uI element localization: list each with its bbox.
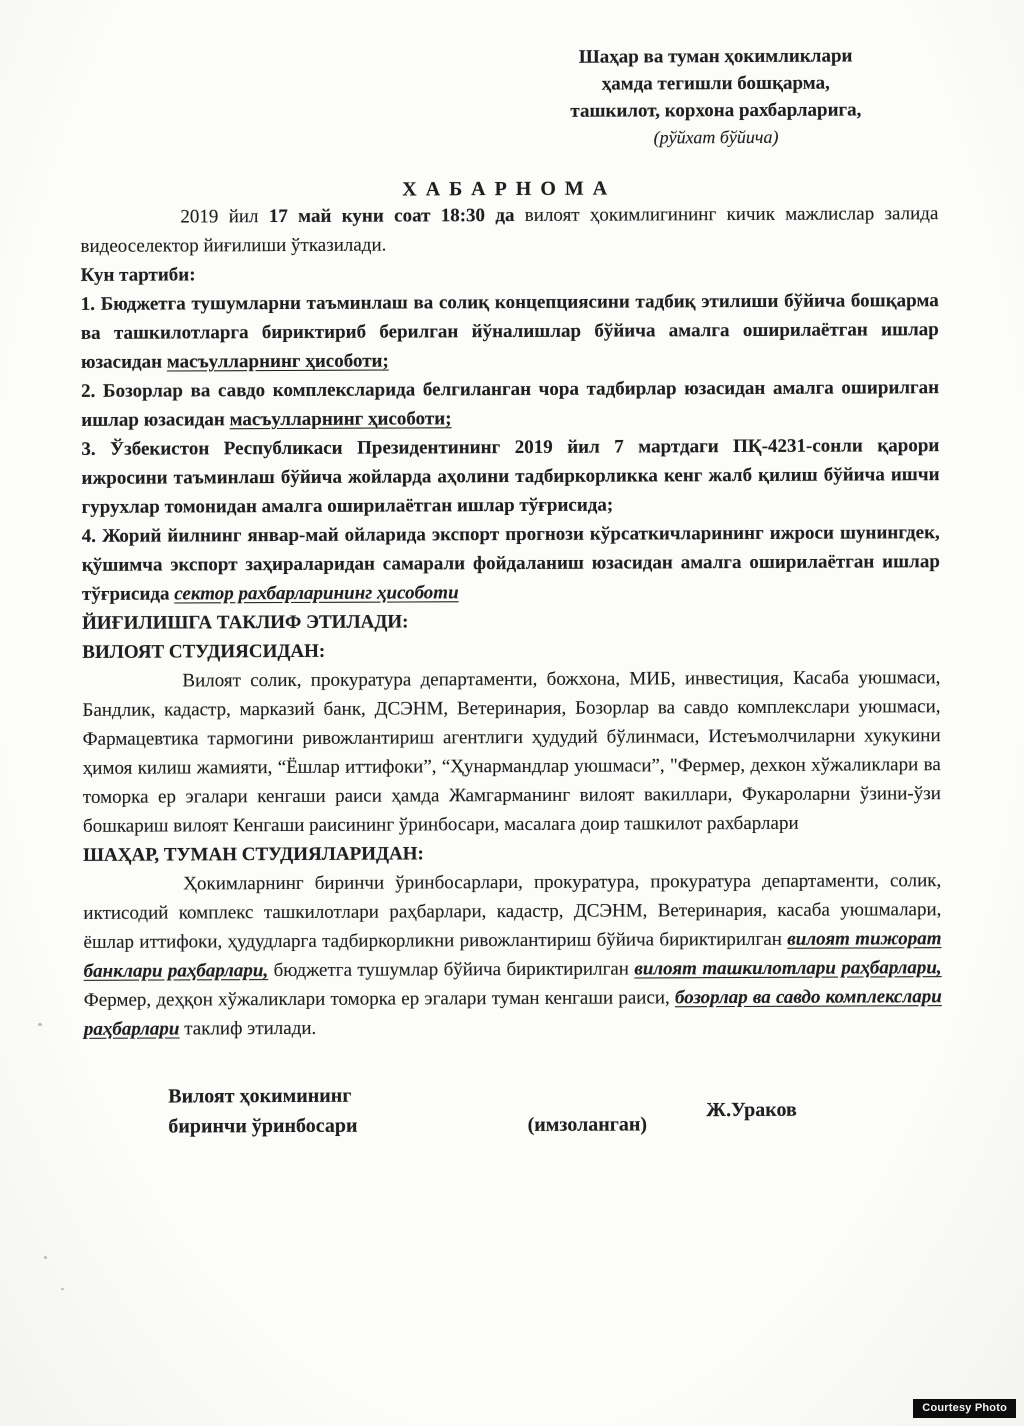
scan-speck bbox=[44, 1256, 47, 1259]
recipient-line: ҳамда тегишли бошқарма, bbox=[498, 69, 934, 98]
text-run: ЙИҒИЛИШГА ТАКЛИФ ЭТИЛАДИ: bbox=[82, 611, 408, 633]
scanned-document-page: Шаҳар ва туман ҳокимликлари ҳамда тегишл… bbox=[0, 0, 1024, 1426]
text-run: 17 май куни соат 18:30 да bbox=[269, 205, 515, 227]
signed-note: (имзоланган) bbox=[468, 1109, 706, 1140]
signatory-name: Ж.Ураков bbox=[706, 1094, 916, 1139]
text-run: Фермер, деҳқон хўжаликлари томорка ер эг… bbox=[84, 987, 675, 1011]
paragraph-city-studio-paragraph: Ҳокимларнинг биринчи ўринбосарлари, прок… bbox=[83, 866, 942, 1044]
signatory-position-line1: Вилоят ҳокимининг bbox=[168, 1080, 468, 1111]
signatory-position-line2: биринчи ўринбосари bbox=[168, 1110, 468, 1141]
paragraph-intro: 2019 йил 17 май куни соат 18:30 да вилоя… bbox=[80, 199, 938, 261]
text-run: 3. Ўзбекистон Республикаси Президентинин… bbox=[81, 435, 939, 518]
document-body: 2019 йил 17 май куни соат 18:30 да вилоя… bbox=[80, 199, 942, 1044]
text-run: Кун тартиби: bbox=[81, 264, 196, 286]
courtesy-photo-badge: Courtesy Photo bbox=[913, 1399, 1016, 1418]
signatory-position: Вилоят ҳокимининг биринчи ўринбосари bbox=[168, 1080, 468, 1141]
scan-speck bbox=[61, 1288, 64, 1290]
paragraph-agenda-heading: Кун тартиби: bbox=[81, 257, 939, 290]
paragraph-item-1: 1. Бюджетга тушумларни таъминлаш ва соли… bbox=[81, 286, 939, 377]
paragraph-region-studio-paragraph: Вилоят солик, прокуратура департаменти, … bbox=[82, 663, 941, 841]
paragraph-region-studio-heading: ВИЛОЯТ СТУДИЯСИДАН: bbox=[82, 634, 940, 667]
paragraph-invite-heading: ЙИҒИЛИШГА ТАКЛИФ ЭТИЛАДИ: bbox=[82, 605, 940, 638]
paragraph-item-2: 2. Бозорлар ва савдо комплексларида белг… bbox=[81, 373, 939, 435]
recipient-line: Шаҳар ва туман ҳокимликлари bbox=[498, 42, 934, 71]
text-run: масъулларнинг ҳисоботи; bbox=[230, 408, 452, 430]
text-run: ВИЛОЯТ СТУДИЯСИДАН: bbox=[82, 641, 325, 663]
text-run: ШАҲАР, ТУМАН СТУДИЯЛАРИДАН: bbox=[83, 843, 424, 865]
text-run: Вилоят солик, прокуратура департаменти, … bbox=[82, 667, 940, 837]
signature-block: Вилоят ҳокимининг биринчи ўринбосари (им… bbox=[84, 1078, 942, 1142]
paragraph-item-3: 3. Ўзбекистон Республикаси Президентинин… bbox=[81, 431, 939, 522]
text-run: сектор рахбарларининг ҳисоботи bbox=[174, 582, 458, 604]
text-run: бюджетга тушумлар бўйича бириктирилган bbox=[268, 958, 634, 981]
text-run: 2019 йил bbox=[180, 206, 269, 227]
recipient-block: Шаҳар ва туман ҳокимликлари ҳамда тегишл… bbox=[498, 42, 934, 152]
text-run: 2. Бозорлар ва савдо комплексларида белг… bbox=[81, 377, 939, 431]
document-content: Шаҳар ва туман ҳокимликлари ҳамда тегишл… bbox=[80, 42, 943, 1142]
text-run: вилоят ташкилотлари раҳбарлари, bbox=[634, 957, 941, 979]
paragraph-city-studio-heading: ШАҲАР, ТУМАН СТУДИЯЛАРИДАН: bbox=[83, 837, 941, 870]
scan-speck bbox=[38, 1023, 42, 1026]
paragraph-item-4: 4. Жорий йилнинг январ-май ойларида эксп… bbox=[82, 518, 940, 609]
recipient-line: ташкилот, корхона рахбарларига, bbox=[498, 96, 934, 125]
recipient-note: (рўйхат бўйича) bbox=[498, 123, 934, 152]
text-run: таклиф этилади. bbox=[179, 1018, 316, 1040]
text-run: масъулларнинг ҳисоботи; bbox=[167, 351, 389, 373]
